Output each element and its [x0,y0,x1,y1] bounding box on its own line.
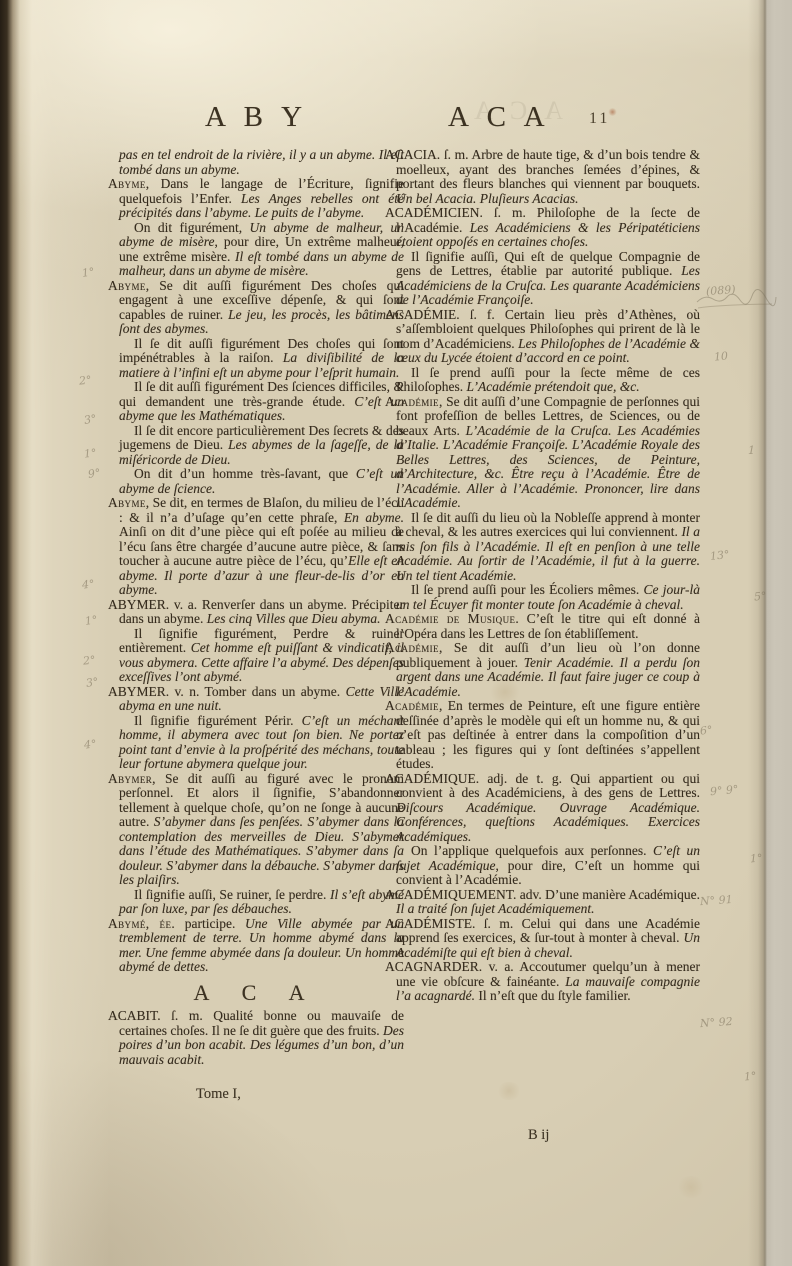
headword: Abyme [108,495,146,510]
pencil-note: N° 92 [700,1015,733,1030]
text-column-right: ACACIA. ſ. m. Arbre de haute tige, & d’u… [385,148,700,1004]
definition-text: On dit figurément, [134,220,250,235]
pencil-note: 2° [78,373,92,387]
academie-lieu: ACADÉMIE. ſ. f. Certain lieu près d’Athè… [385,308,700,366]
definition-text: On l’applique quelquefois aux perſonnes. [411,843,653,858]
academiste: ACADÉMISTE. ſ. m. Celui qui dans une Aca… [385,917,700,961]
pencil-note: 3° [85,675,99,690]
example-text: Diſcours Académique. Ouvrage Académique.… [396,800,700,844]
example-text: S’abymer dans ſes penſées. S’abymer dans… [119,814,404,887]
headword: Abyme [108,278,146,293]
headword: Académie [385,640,439,655]
abyme-savant: On dit d’un homme très-ſavant, que C’eſt… [108,467,404,496]
section-heading-aca: A C A [108,986,404,1001]
pencil-note: 4° [83,737,97,751]
abyme-sciences: Il ſe dit auſſi figurément Des ſciences … [108,380,404,424]
definition-text: Il ſe prend auſſi pour les Écoliers même… [411,582,644,597]
definition-text: Il ſignifie auſſi, Qui eſt de quelque Co… [396,249,700,279]
book-page-scan: A C A A B Y A C A 11 pas en tel endroit … [0,0,792,1266]
pencil-note: 13° [709,548,730,563]
pencil-note: 3° [83,412,98,427]
example-text: Il a traité ſon ſujet Académiquement. [396,901,594,916]
abymer-vn: ABYMER. v. n. Tomber dans un abyme. Cett… [108,685,404,714]
pencil-note: 1° [83,446,97,460]
abyme-ecriture: Abyme, Dans le langage de l’Écriture, ſi… [108,177,404,221]
definition-text: Il ſignifie auſſi, Se ruiner, ſe perdre. [134,887,330,902]
abymer-ruiner: Il ſignifie auſſi, Se ruiner, ſe perdre.… [108,888,404,917]
pencil-note: 1 [748,444,755,457]
pencil-note: 1° [743,1069,757,1083]
academicien-compagnie: Il ſignifie auſſi, Qui eſt de quelque Co… [385,250,700,308]
example-text: Les cinq Villes que Dieu abyma. [207,611,381,626]
academiquement: ACADÉMIQUEMENT. adv. D’une manière Acadé… [385,888,700,917]
signature-tome: Tome I, [196,1086,241,1103]
pencil-squiggle [694,288,778,314]
definition-text: Il ſe dit auſſi du lieu où la Nobleſſe a… [396,510,700,540]
definition-text: Il ſignifie figurément Périr. [134,713,302,728]
pencil-note: 9° 9° [709,783,739,798]
headword: Abyme [108,176,146,191]
headword: Académie de Musique. [385,611,519,626]
abyme-secrets: Il ſe dit encore particulièrement Des ſe… [108,424,404,468]
acagnarder: ACAGNARDER. v. a. Accoutumer quelqu’un à… [385,960,700,1004]
page-number: 11 [589,110,610,128]
definition-text: ACABIT. ſ. m. Qualité bonne ou mauvaiſe … [108,1008,404,1038]
academique: ACADÉMIQUE. adj. de t. g. Qui appartient… [385,772,700,845]
pencil-note: 2° [82,653,96,667]
abyme-blason: Abyme, Se dit, en termes de Blaſon, du m… [108,496,404,598]
example-text: pas en tel endroit de la rivière, il y a… [119,147,404,177]
running-head-left: A B Y [205,101,308,134]
definition-text: On dit d’un homme très-ſavant, que [134,466,356,481]
headword: Abymer [108,771,152,786]
academicien: ACADÉMICIEN. ſ. m. Philoſophe de la ſect… [385,206,700,250]
pencil-note: 6° [699,723,713,737]
definition-text: ACADÉMIQUEMENT. adv. D’une manière Acadé… [385,887,700,902]
abymer-perir: Il ſignifie figurément Périr. C’eſt un m… [108,714,404,772]
abymer-va: ABYMER. v. a. Renverſer dans un abyme. P… [108,598,404,627]
headword: Académie [385,698,439,713]
academie-noblesse: Il ſe dit auſſi du lieu où la Nobleſſe a… [385,511,700,584]
definition-text: ABYMER. v. n. Tomber dans un abyme. [108,684,346,699]
academie-secte: Il ſe prend auſſi pour la ſecte même de … [385,366,700,395]
pencil-note: 1° [81,265,95,280]
abyme-figure-malheur: On dit figurément, Un abyme de malheur, … [108,221,404,279]
academie-peinture: Académie, En termes de Peinture, eſt une… [385,699,700,772]
pencil-note: N° 91 [700,893,733,908]
abymer-figure: Il ſignifie figurément, Perdre & ruiner … [108,627,404,685]
acacia: ACACIA. ſ. m. Arbre de haute tige, & d’u… [385,148,700,206]
academique-personnes: On l’applique quelquefois aux perſonnes.… [385,844,700,888]
text-column-left: pas en tel endroit de la rivière, il y a… [108,148,404,1067]
definition-text: ACADÉMISTE. ſ. m. Celui qui dans une Aca… [385,916,700,946]
abyme-impenetrable: Il ſe dit auſſi figurément Des choſes qu… [108,337,404,381]
pencil-note: 5° [753,589,767,603]
pencil-note: 9° [87,466,101,481]
pencil-note: 1° [750,852,763,866]
definition-text: ACADÉMIQUE. adj. de t. g. Qui appartient… [385,771,700,801]
definition-text: , En termes de Peinture, eſt une figure … [396,698,700,771]
definition-text: participe. [175,916,245,931]
abyme-depense: Abyme, Se dit auſſi figurément Des choſe… [108,279,404,337]
academie-jeu: Académie, Se dit auſſi d’un lieu où l’on… [385,641,700,699]
pencil-note: 10 [713,349,728,363]
acabit: ACABIT. ſ. m. Qualité bonne ou mauvaiſe … [108,1009,404,1067]
abyme-participe: Abymé, ée. participe. Une Ville abymée p… [108,917,404,975]
headword: Abymé, ée. [108,916,175,931]
headword: Académie [385,394,439,409]
academie-compagnie: Académie, Se dit auſſi d’une Compagnie d… [385,395,700,511]
book-gutter-shadow [0,0,110,1266]
running-head-right: A C A [448,101,551,134]
example-text: L’Académie prétendoit que, &c. [467,379,640,394]
definition-text: Il n’eſt que du ſtyle familier. [475,988,631,1003]
pencil-note: 1° [84,613,98,628]
academie-ecoliers: Il ſe prend auſſi pour les Écoliers même… [385,583,700,612]
example-text: Un bel Acacia. Pluſieurs Acacias. [396,191,578,206]
definition-text: ACACIA. ſ. m. Arbre de haute tige, & d’u… [385,147,700,191]
abymer-pronominal: Abymer, Se dit auſſi au figuré avec le p… [108,772,404,888]
pencil-note: 4° [81,577,95,591]
academie-de-musique: Académie de Musique. C’eſt le titre qui … [385,612,700,641]
signature-gathering: B ij [528,1127,549,1144]
abyme-continuation: pas en tel endroit de la rivière, il y a… [108,148,404,177]
